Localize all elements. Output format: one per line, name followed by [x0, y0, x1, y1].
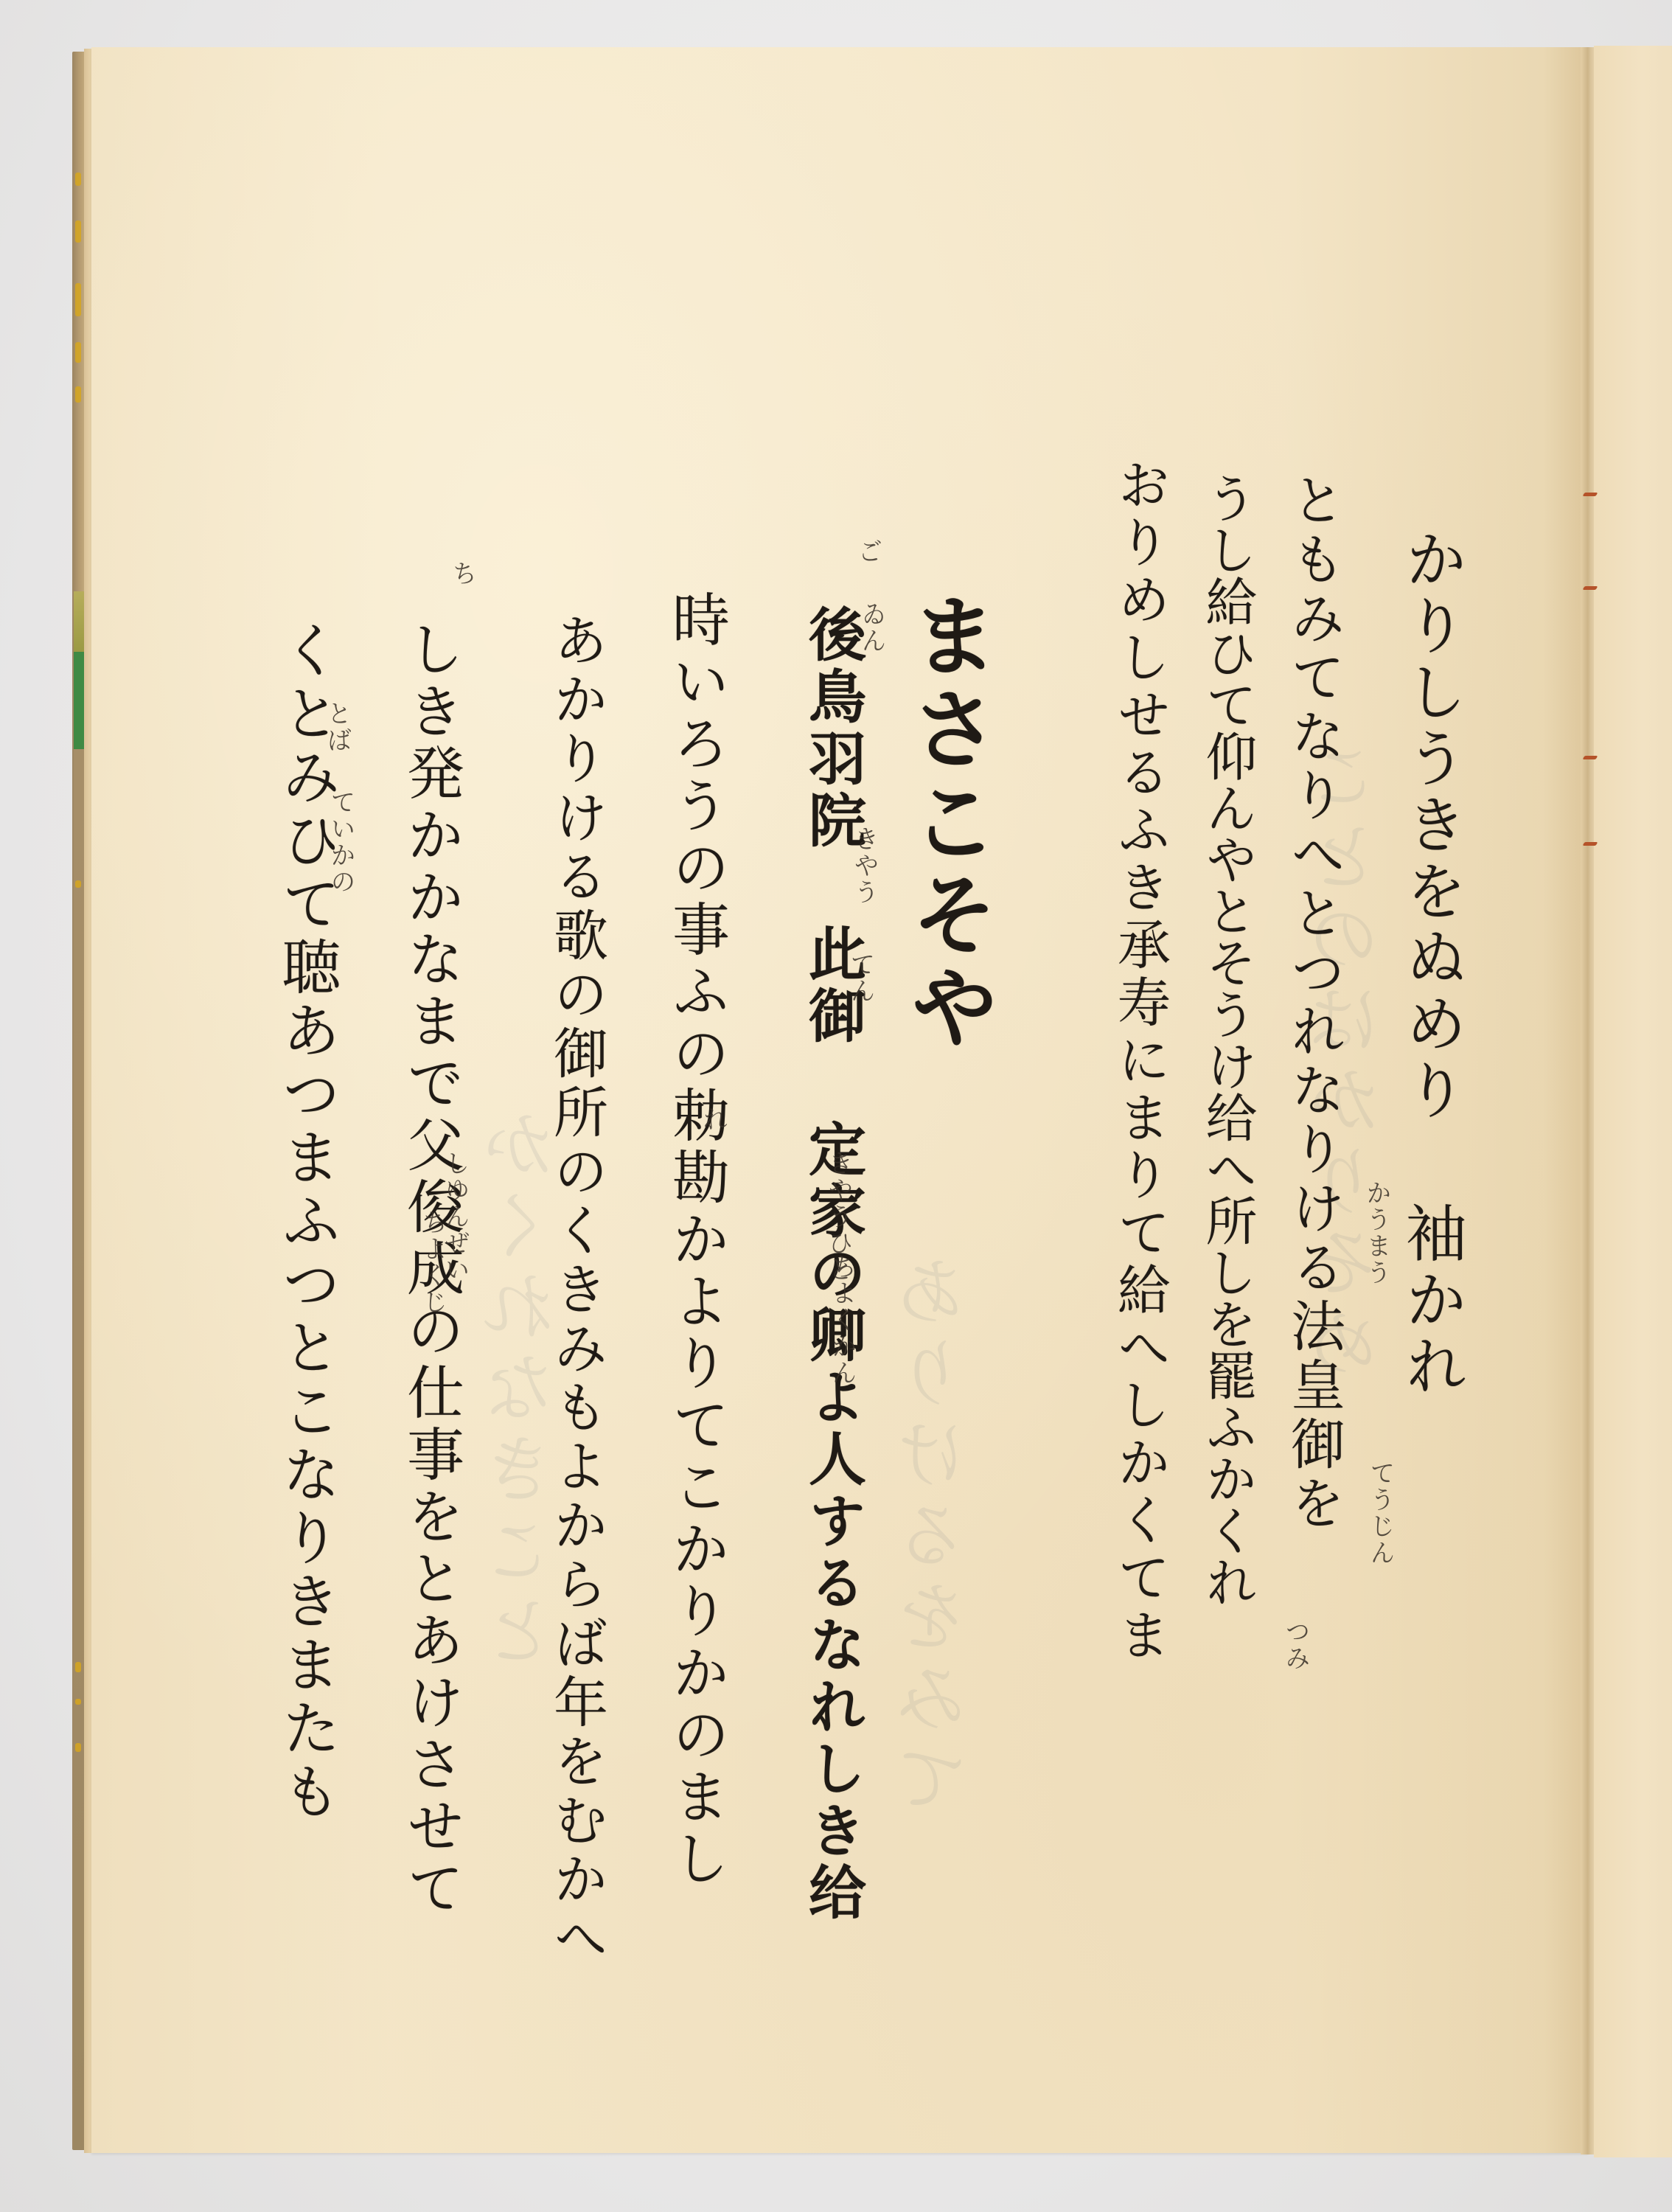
text-column-7: 時いろうの事ふの勅勘かよりてこかりかのまし [667, 590, 725, 1891]
text-column-5: まさこそや [903, 590, 992, 1054]
furigana: とば [324, 700, 349, 754]
text-column-8: あかりける歌の御所のくきみもよからば年をむかへ [549, 612, 604, 1969]
text-column-1: かりしうきをぬめり 袖かれ [1401, 527, 1463, 1400]
furigana: かうまう [1364, 1180, 1389, 1286]
text-column-2: ともみてなりへとつれなりける法皇御を [1286, 472, 1341, 1534]
gold-fleck [75, 342, 81, 363]
furigana: きやう [851, 826, 877, 905]
gold-fleck [75, 1699, 81, 1705]
binding-thread-mark [1583, 842, 1598, 846]
text-column-4: おりめしせるふき承寿にまりて給へしかくてま [1113, 457, 1166, 1665]
text-column-3: うし給ひて仰んやとそうけ给へ所しを罷ふかくれ [1202, 472, 1253, 1607]
furigana: ちよくかん [829, 1253, 854, 1386]
facing-page-edge [1594, 46, 1672, 2157]
binding-thread-mark [1583, 586, 1598, 590]
gold-fleck [75, 386, 81, 403]
furigana: てん [848, 951, 873, 1004]
furigana: ちよくじ [420, 1209, 445, 1315]
binding-thread-mark [1583, 756, 1598, 759]
gold-fleck [75, 173, 81, 186]
gold-fleck [75, 1662, 81, 1672]
ink-show-through: ありけるをみて [885, 1253, 991, 1821]
gold-fleck [75, 220, 81, 243]
gold-fleck [75, 880, 81, 888]
binding-thread-mark [1583, 493, 1598, 496]
furigana: つみ [1283, 1618, 1308, 1672]
furigana: てうじん [1368, 1460, 1393, 1566]
furigana: ていかの [328, 789, 353, 895]
furigana: ご [855, 538, 880, 565]
furigana: れ [700, 1106, 725, 1133]
gold-fleck [75, 283, 81, 316]
furigana: ゐん [859, 601, 884, 654]
furigana: ち [450, 560, 475, 587]
gold-fleck [75, 1743, 81, 1752]
